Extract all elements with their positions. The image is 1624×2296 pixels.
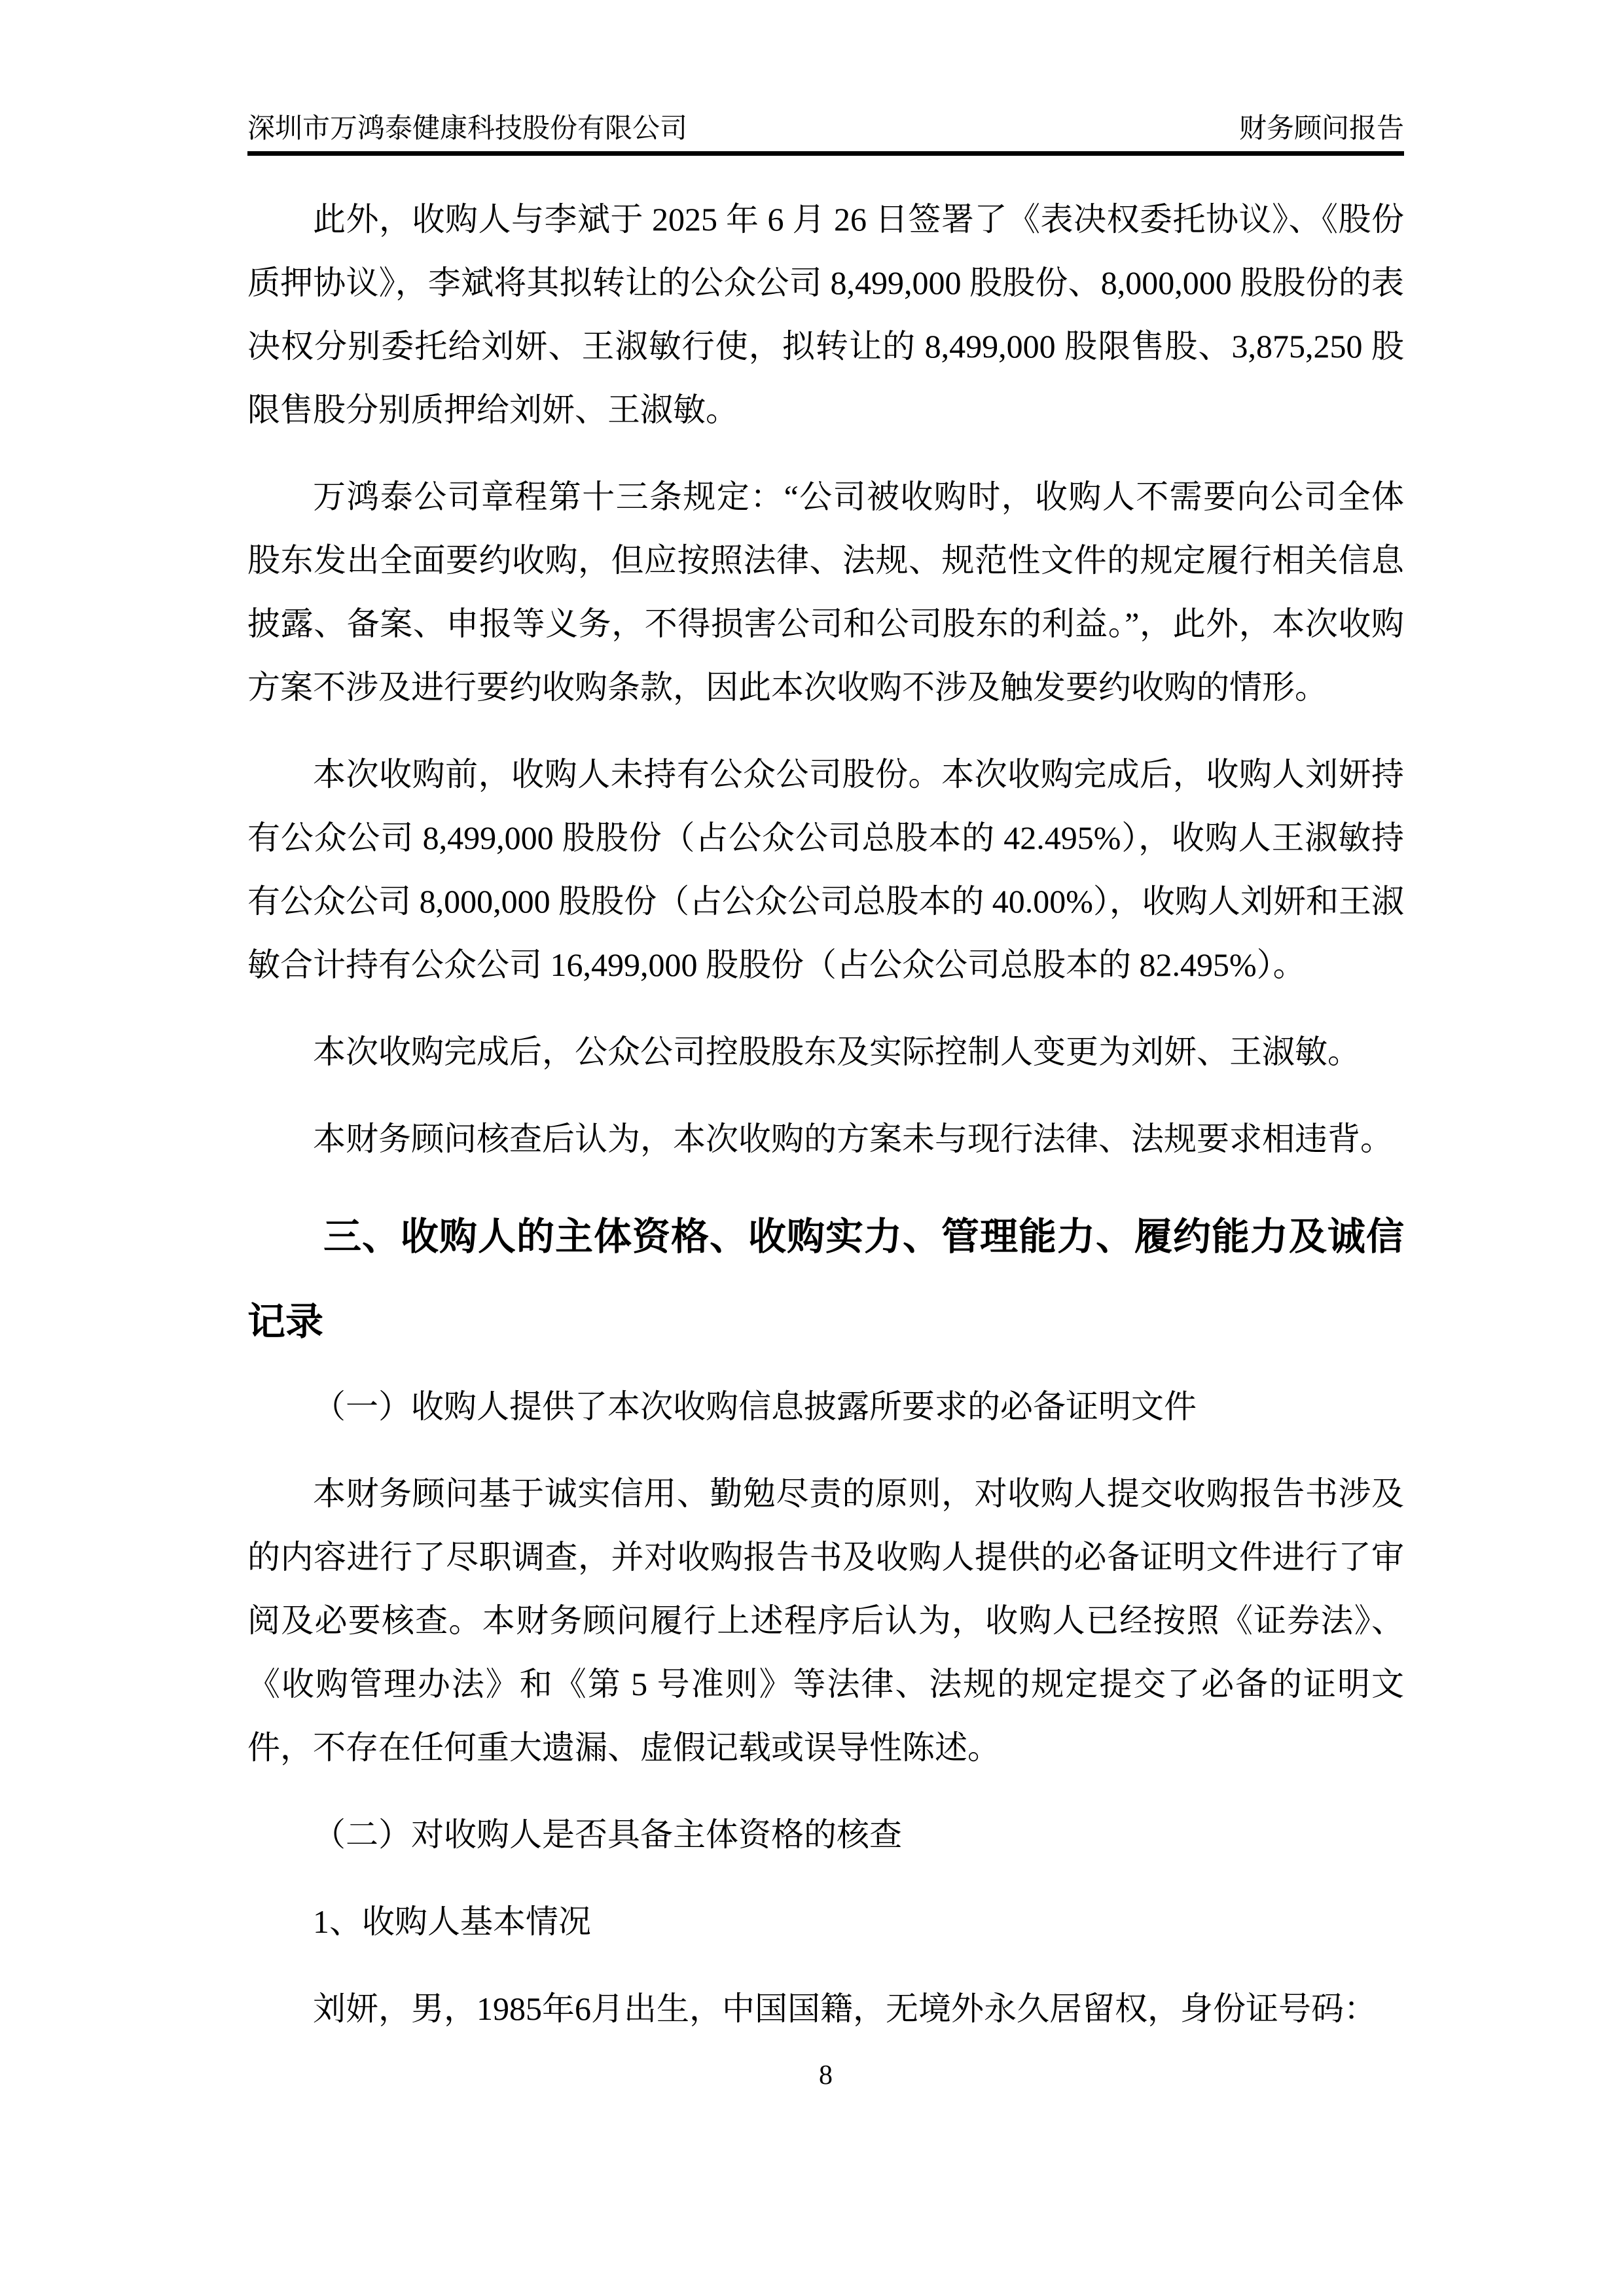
- page-content: 深圳市万鸿泰健康科技股份有限公司 财务顾问报告 此外，收购人与李斌于 2025 …: [247, 0, 1404, 2064]
- header-doc-type: 财务顾问报告: [1239, 113, 1404, 145]
- subsection-heading-two: （二）对收购人是否具备主体资格的核查: [247, 1803, 1404, 1867]
- paragraph-company-charter: 万鸿泰公司章程第十三条规定：“公司被收购时，收购人不需要向公司全体股东发出全面要…: [247, 465, 1404, 719]
- subsection-heading-one: （一）收购人提供了本次收购信息披露所要求的必备证明文件: [247, 1375, 1404, 1439]
- paragraph-advisor-opinion: 本财务顾问核查后认为，本次收购的方案未与现行法律、法规要求相违背。: [247, 1107, 1404, 1171]
- paragraph-acquirer-info: 刘妍，男，1985年6月出生，中国国籍，无境外永久居留权，身份证号码：: [247, 1977, 1404, 2041]
- section-heading-three: 三、收购人的主体资格、收购实力、管理能力、履约能力及诚信记录: [247, 1194, 1404, 1365]
- page-header: 深圳市万鸿泰健康科技股份有限公司 财务顾问报告: [247, 113, 1404, 145]
- item-heading-basic-info: 1、收购人基本情况: [247, 1890, 1404, 1954]
- paragraph-control-change: 本次收购完成后，公众公司控股股东及实际控制人变更为刘妍、王淑敏。: [247, 1020, 1404, 1084]
- page-number: 8: [247, 2059, 1404, 2092]
- document-page: 深圳市万鸿泰健康科技股份有限公司 财务顾问报告 此外，收购人与李斌于 2025 …: [0, 0, 1624, 2296]
- document-body: 此外，收购人与李斌于 2025 年 6 月 26 日签署了《表决权委托协议》、《…: [247, 156, 1404, 2041]
- header-company-name: 深圳市万鸿泰健康科技股份有限公司: [247, 113, 687, 145]
- header-divider: [247, 151, 1404, 156]
- paragraph-supplement-agreements: 此外，收购人与李斌于 2025 年 6 月 26 日签署了《表决权委托协议》、《…: [247, 188, 1404, 442]
- paragraph-shareholding-result: 本次收购前，收购人未持有公众公司股份。本次收购完成后，收购人刘妍持有公众公司 8…: [247, 743, 1404, 997]
- paragraph-due-diligence: 本财务顾问基于诚实信用、勤勉尽责的原则，对收购人提交收购报告书涉及的内容进行了尽…: [247, 1462, 1404, 1780]
